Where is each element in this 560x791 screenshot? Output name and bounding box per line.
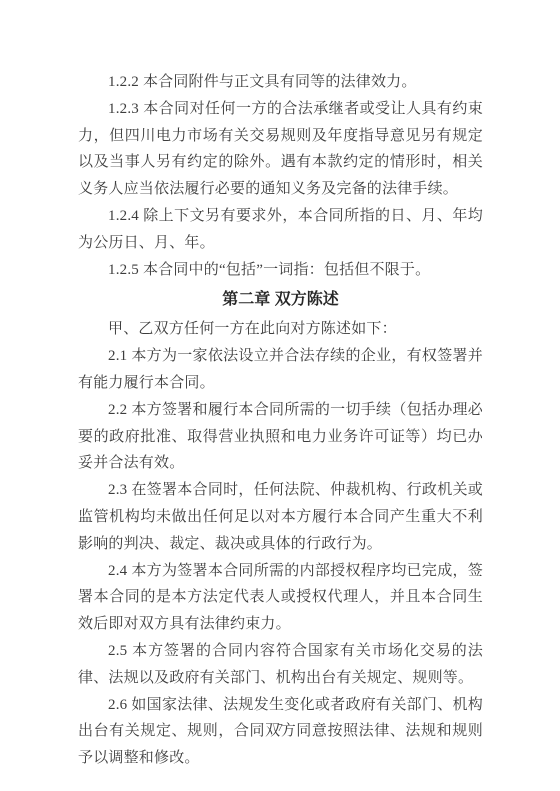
clause-1-2-5: 1.2.5 本合同中的“包括”一词指：包括但不限于。 xyxy=(78,257,483,284)
clause-1-2-4: 1.2.4 除上下文另有要求外，本合同所指的日、月、年均为公历日、月、年。 xyxy=(78,203,483,257)
clause-2-3: 2.3 在签署本合同时，任何法院、仲裁机构、行政机关或监管机构均未做出任何足以对… xyxy=(78,477,483,557)
page-number: 7 xyxy=(0,721,560,735)
clause-2-2: 2.2 本方签署和履行本合同所需的一切手续（包括办理必要的政府批准、取得营业执照… xyxy=(78,397,483,477)
chapter-2-heading: 第二章 双方陈述 xyxy=(78,286,483,313)
clause-2-5: 2.5 本方签署的合同内容符合国家有关市场化交易的法律、法规以及政府有关部门、机… xyxy=(78,638,483,692)
clause-2-1: 2.1 本方为一家依法设立并合法存续的企业，有权签署并有能力履行本合同。 xyxy=(78,343,483,397)
document-page: 1.2.2 本合同附件与正文具有同等的法律效力。 1.2.3 本合同对任何一方的… xyxy=(0,0,560,791)
chapter-2-intro: 甲、乙双方任何一方在此向对方陈述如下： xyxy=(78,316,483,343)
page-body-text: 1.2.2 本合同附件与正文具有同等的法律效力。 1.2.3 本合同对任何一方的… xyxy=(78,69,483,772)
clause-2-4: 2.4 本方为签署本合同所需的内部授权程序均已完成，签署本合同的是本方法定代表人… xyxy=(78,558,483,638)
clause-1-2-2: 1.2.2 本合同附件与正文具有同等的法律效力。 xyxy=(78,69,483,96)
clause-1-2-3: 1.2.3 本合同对任何一方的合法承继者或受让人具有约束力，但四川电力市场有关交… xyxy=(78,96,483,203)
